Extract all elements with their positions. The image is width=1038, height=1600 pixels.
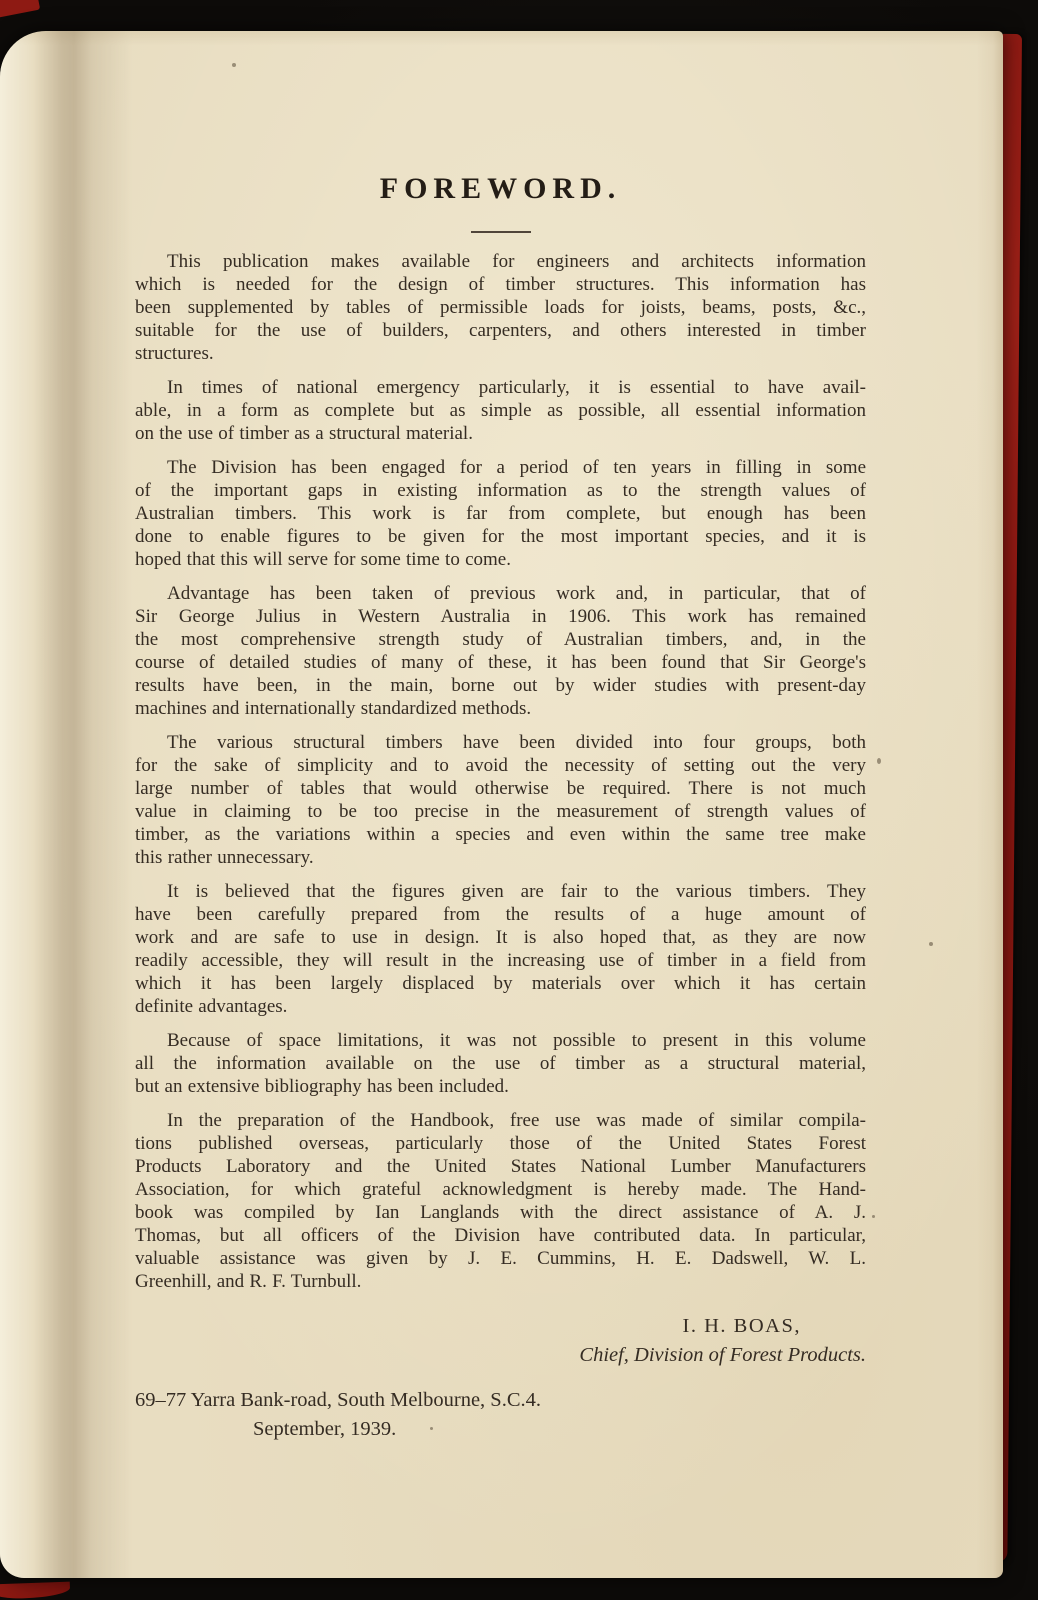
paragraph: It is believed that the figures given ar… [135, 880, 866, 1018]
text-line: Products Laboratory and the United State… [135, 1155, 866, 1178]
imprint-date: September, 1939. [135, 1415, 866, 1444]
text-line: value in claiming to be too precise in t… [135, 800, 866, 823]
text-line: book was compiled by Ian Langlands with … [135, 1201, 866, 1224]
imprint-address: 69–77 Yarra Bank-road, South Melbourne, … [135, 1389, 541, 1411]
signature-name: I. H. BOAS, [135, 1312, 866, 1341]
text-line: Advantage has been taken of previous wor… [135, 582, 866, 605]
paragraph: In the preparation of the Handbook, free… [135, 1109, 866, 1293]
paper-speck [877, 758, 881, 764]
text-line: timber, as the variations within a speci… [135, 823, 866, 846]
text-line: this rather unnecessary. [135, 846, 866, 869]
book-page: FOREWORD. This publication makes availab… [0, 31, 1003, 1578]
text-line: course of detailed studies of many of th… [135, 651, 866, 674]
text-line: done to enable figures to be given for t… [135, 525, 866, 548]
text-line: large number of tables that would otherw… [135, 777, 866, 800]
paper-speck [929, 942, 933, 946]
text-line: definite advantages. [135, 995, 866, 1018]
text-line: for the sake of simplicity and to avoid … [135, 754, 866, 777]
text-line: hoped that this will serve for some time… [135, 548, 866, 571]
imprint-block: 69–77 Yarra Bank-road, South Melbourne, … [135, 1386, 866, 1444]
signature-role: Chief, Division of Forest Products. [135, 1341, 866, 1370]
paragraph: Advantage has been taken of previous wor… [135, 582, 866, 720]
text-line: The various structural timbers have been… [135, 731, 866, 754]
text-line: This publication makes available for eng… [135, 250, 866, 273]
text-line: In the preparation of the Handbook, free… [135, 1109, 866, 1132]
paragraph: Because of space limitations, it was not… [135, 1029, 866, 1098]
text-line: which it has been largely displaced by m… [135, 972, 866, 995]
text-line: work and are safe to use in design. It i… [135, 926, 866, 949]
text-line: on the use of timber as a structural mat… [135, 422, 866, 445]
text-line: The Division has been engaged for a peri… [135, 456, 866, 479]
text-line: Association, for which grateful acknowle… [135, 1178, 866, 1201]
text-line: the most comprehensive strength study of… [135, 628, 866, 651]
text-line: readily accessible, they will result in … [135, 949, 866, 972]
page-content: FOREWORD. This publication makes availab… [135, 31, 866, 1444]
text-line: have been carefully prepared from the re… [135, 903, 866, 926]
page-title: FOREWORD. [135, 171, 866, 207]
text-line: Australian timbers. This work is far fro… [135, 502, 866, 525]
paper-speck [872, 1215, 875, 1218]
text-line: results have been, in the main, borne ou… [135, 674, 866, 697]
paragraph: The various structural timbers have been… [135, 731, 866, 869]
text-line: been supplemented by tables of permissib… [135, 296, 866, 319]
text-line: structures. [135, 342, 866, 365]
text-line: machines and internationally standardize… [135, 697, 866, 720]
text-line: all the information available on the use… [135, 1052, 866, 1075]
text-line: of the important gaps in existing inform… [135, 479, 866, 502]
text-line: valuable assistance was given by J. E. C… [135, 1247, 866, 1270]
text-line: which is needed for the design of timber… [135, 273, 866, 296]
text-line: Greenhill, and R. F. Turnbull. [135, 1270, 866, 1293]
text-line: tions published overseas, particularly t… [135, 1132, 866, 1155]
body-paragraphs: This publication makes available for eng… [135, 250, 866, 1293]
title-divider [471, 231, 531, 233]
text-line: Thomas, but all officers of the Division… [135, 1224, 866, 1247]
text-line: but an extensive bibliography has been i… [135, 1075, 866, 1098]
text-line: Sir George Julius in Western Australia i… [135, 605, 866, 628]
paragraph: The Division has been engaged for a peri… [135, 456, 866, 571]
text-line: able, in a form as complete but as simpl… [135, 399, 866, 422]
text-line: It is believed that the figures given ar… [135, 880, 866, 903]
text-line: suitable for the use of builders, carpen… [135, 319, 866, 342]
text-line: Because of space limitations, it was not… [135, 1029, 866, 1052]
signature-block: I. H. BOAS, Chief, Division of Forest Pr… [135, 1312, 866, 1370]
text-line: In times of national emergency particula… [135, 376, 866, 399]
paragraph: In times of national emergency particula… [135, 376, 866, 445]
paragraph: This publication makes available for eng… [135, 250, 866, 365]
